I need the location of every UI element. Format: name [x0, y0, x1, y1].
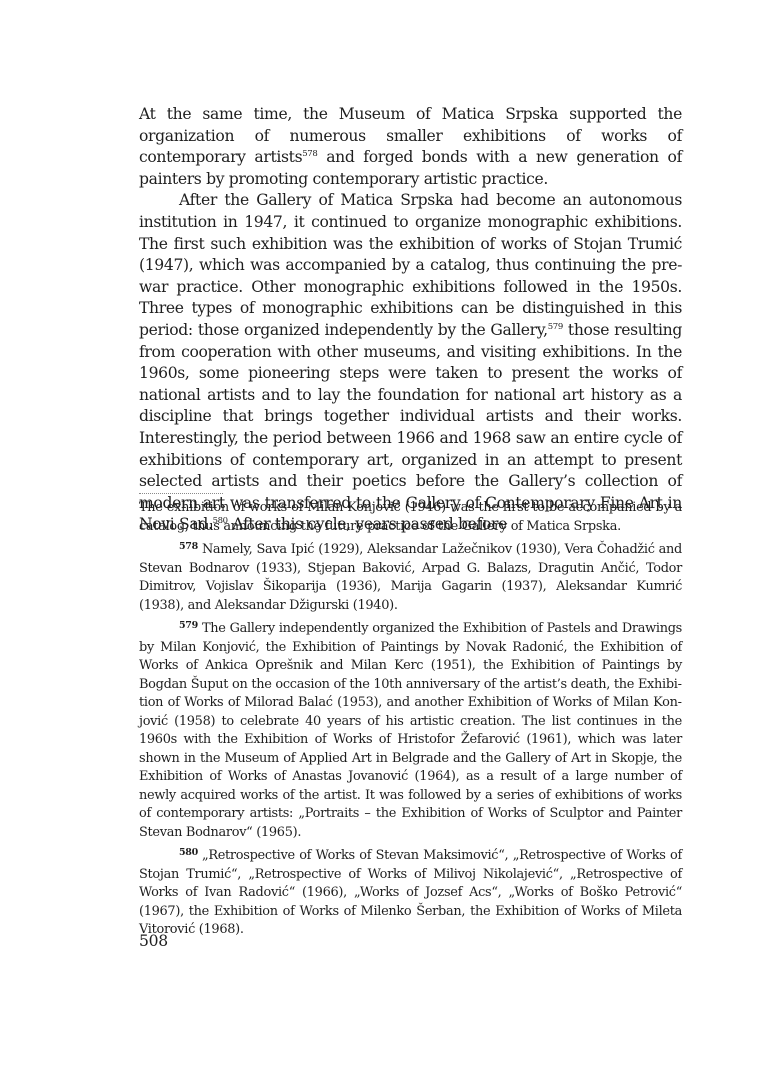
footnote-ref-579[interactable]: 579	[548, 322, 563, 332]
footnote-separator	[139, 493, 223, 494]
footnote-text: „Retrospective of Works of Stevan Maksim…	[139, 848, 682, 937]
page-number: 508	[139, 931, 168, 951]
footnote-continuation: The exhibition of works of Milan Konjovi…	[139, 499, 682, 536]
footnote-number: 578	[179, 541, 198, 552]
footnotes: The exhibition of works of Milan Konjovi…	[139, 499, 682, 945]
footnote-580: 580„Retrospective of Works of Stevan Mak…	[139, 847, 682, 940]
paragraph-2: After the Gallery of Matica Srpska had b…	[139, 190, 682, 536]
footnote-579: 579The Gallery independently organized t…	[139, 620, 682, 842]
footnote-text: The Gallery independently organized the …	[139, 621, 682, 840]
main-body: At the same time, the Museum of Matica S…	[139, 104, 682, 536]
footnote-text: Namely, Sava Ipić (1929), Aleksandar Laž…	[139, 542, 682, 613]
footnote-ref-578[interactable]: 578	[302, 149, 317, 159]
paragraph-1: At the same time, the Museum of Matica S…	[139, 104, 682, 190]
main-text: At the same time, the Museum of Matica S…	[139, 104, 682, 536]
footnote-number: 579	[179, 620, 198, 631]
paragraph-2-text-1: After the Gallery of Matica Srpska had b…	[139, 191, 682, 339]
footnote-number: 580	[179, 847, 198, 858]
footnote-578: 578Namely, Sava Ipić (1929), Aleksandar …	[139, 541, 682, 615]
